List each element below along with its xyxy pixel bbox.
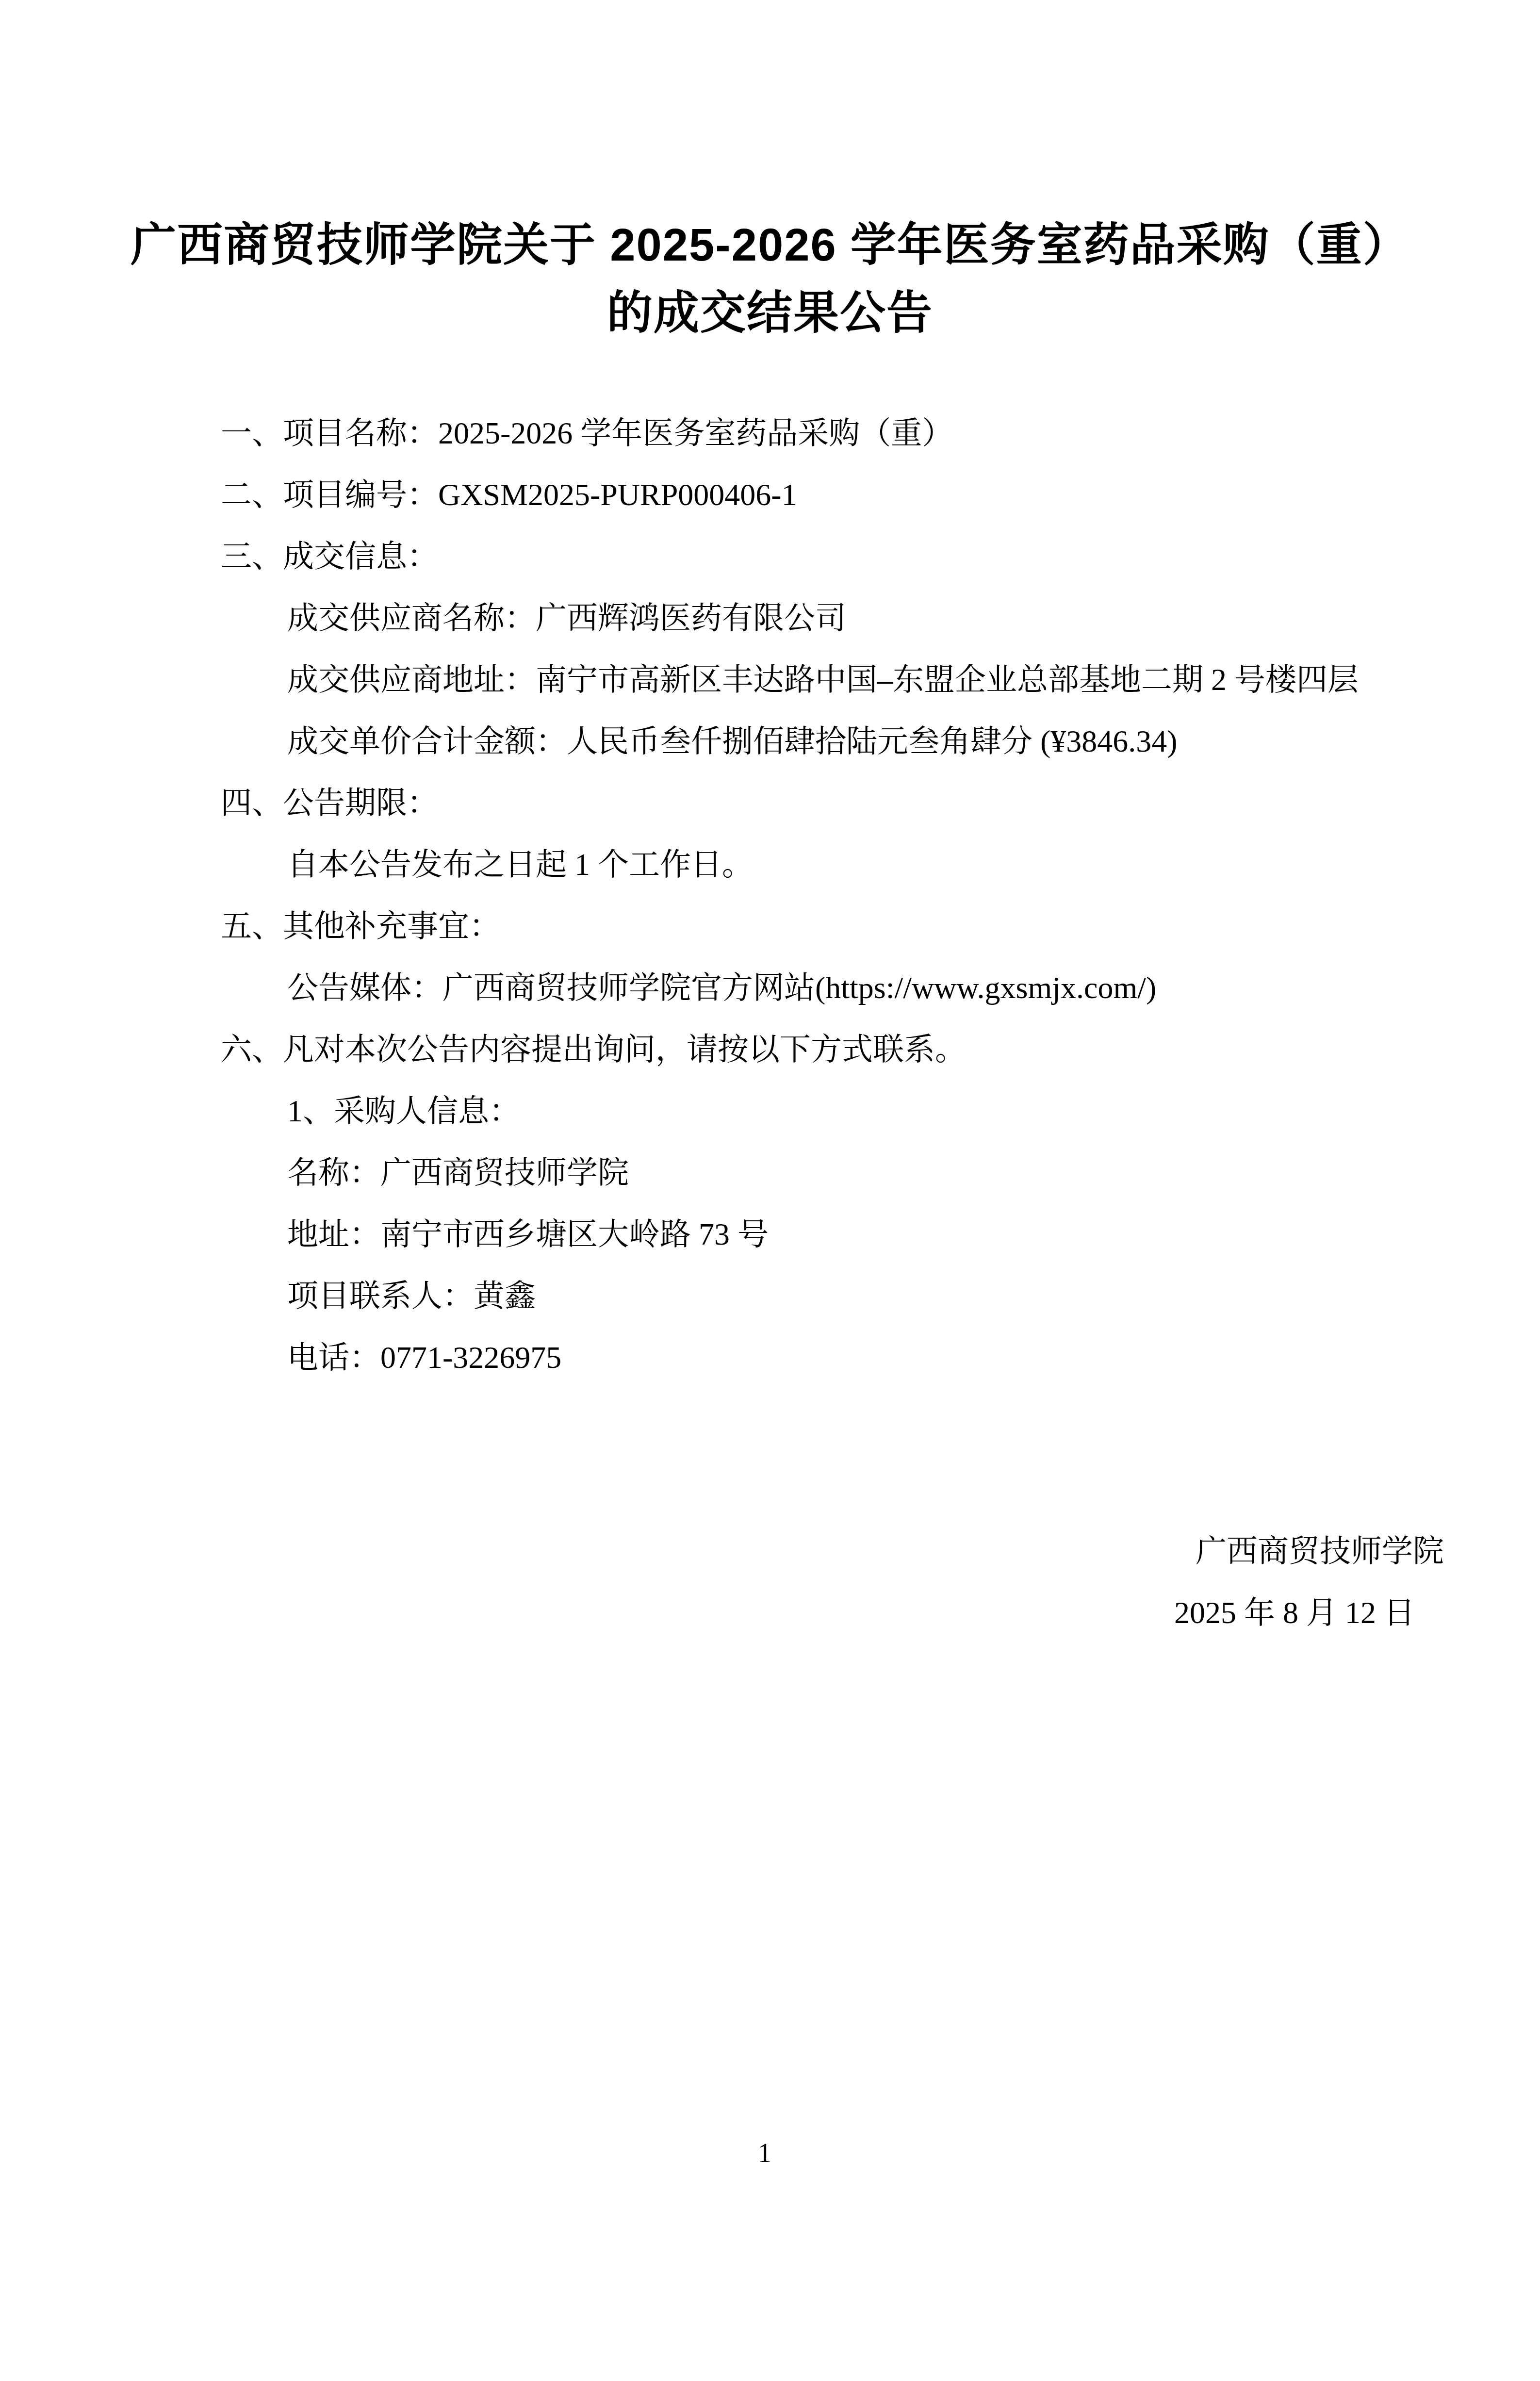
item-announcement-period: 四、公告期限： [0,772,1540,834]
title-line-2: 的成交结果公告 [0,279,1540,347]
line-phone-number: 电话：0771-3226975 [0,1327,1540,1388]
line-period-detail: 自本公告发布之日起 1 个工作日。 [0,834,1540,895]
line-supplier-address: 成交供应商地址：南宁市高新区丰达路中国–东盟企业总部基地二期 2 号楼四层 [0,649,1540,710]
document-page: 广西商贸技师学院关于 2025-2026 学年医务室药品采购（重） 的成交结果公… [0,0,1540,2381]
signature-date: 2025 年 8 月 12 日 [0,1582,1540,1643]
item-inquiry-contact: 六、凡对本次公告内容提出询问，请按以下方式联系。 [0,1018,1540,1080]
document-body: 一、项目名称：2025-2026 学年医务室药品采购（重） 二、项目编号：GXS… [0,402,1540,1388]
line-announcement-media: 公告媒体：广西商贸技师学院官方网站(https://www.gxsmjx.com… [0,957,1540,1018]
document-title: 广西商贸技师学院关于 2025-2026 学年医务室药品采购（重） 的成交结果公… [0,0,1540,347]
title-line-1: 广西商贸技师学院关于 2025-2026 学年医务室药品采购（重） [0,211,1540,279]
item-project-number: 二、项目编号：GXSM2025-PURP000406-1 [0,464,1540,525]
signature-block: 广西商贸技师学院 2025 年 8 月 12 日 [0,1520,1540,1643]
line-purchaser-info-heading: 1、采购人信息： [0,1080,1540,1142]
line-project-contact-person: 项目联系人：黄鑫 [0,1265,1540,1327]
item-award-info-heading: 三、成交信息： [0,525,1540,587]
line-purchaser-name: 名称：广西商贸技师学院 [0,1142,1540,1203]
item-project-name: 一、项目名称：2025-2026 学年医务室药品采购（重） [0,402,1540,464]
line-award-total-amount: 成交单价合计金额：人民币叁仟捌佰肆拾陆元叁角肆分 (¥3846.34) [0,710,1540,772]
line-supplier-name: 成交供应商名称：广西辉鸿医药有限公司 [0,587,1540,649]
item-other-matters: 五、其他补充事宜： [0,895,1540,957]
line-purchaser-address: 地址：南宁市西乡塘区大岭路 73 号 [0,1203,1540,1265]
page-number: 1 [0,2134,1529,2173]
signature-organization: 广西商贸技师学院 [0,1520,1540,1582]
